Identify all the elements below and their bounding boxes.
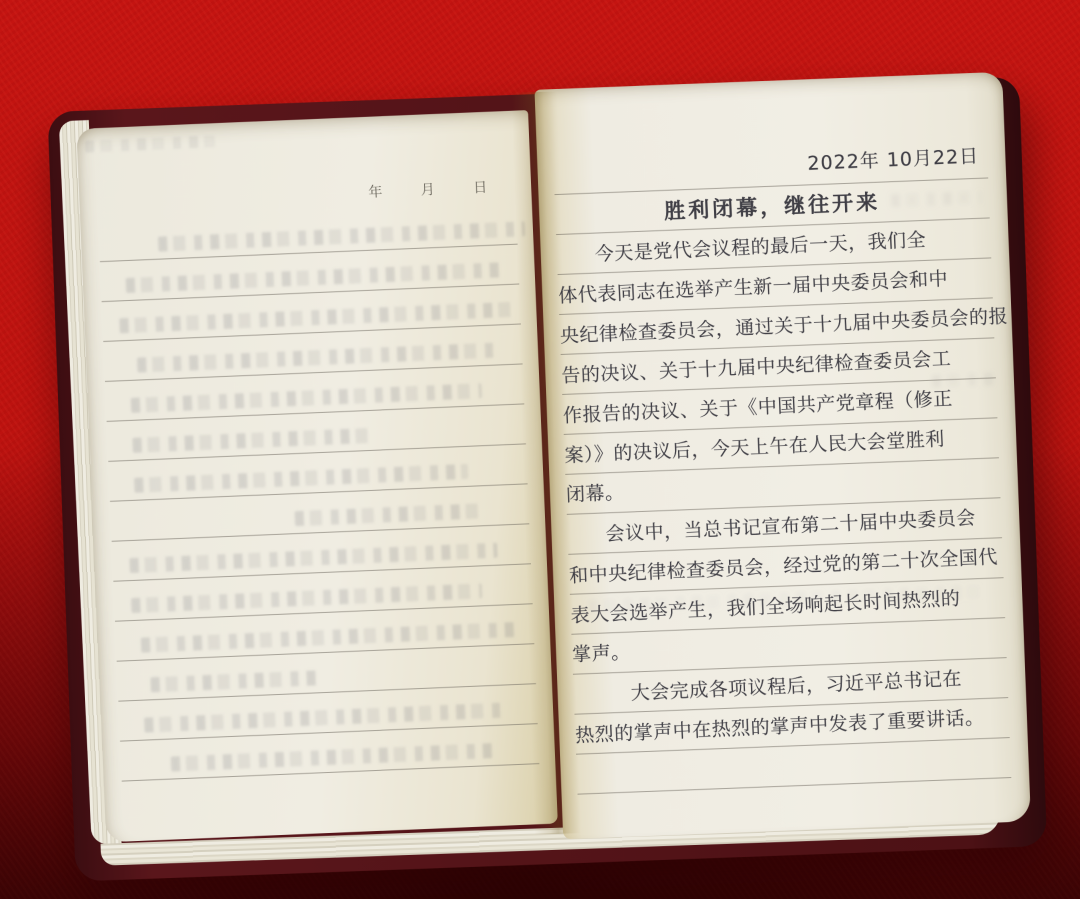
right-page: 2022年 10月22日 胜利闭幕，继往开来 今天是党代会议程的最后一天，我们全… (534, 72, 1030, 839)
entry-date: 2022年 10月22日 (807, 136, 980, 184)
faint-show-through-handwriting (151, 670, 319, 692)
handwriting-text: 掌声。 (571, 632, 631, 675)
faint-show-through-handwriting (132, 428, 375, 453)
handwriting-text: 闭幕。 (565, 472, 625, 515)
faint-scribble (85, 135, 215, 152)
printed-date-template: 年 月 日 (368, 170, 490, 211)
left-page-ruled-lines (98, 205, 539, 782)
red-fabric-background: 年 月 日 2022年 10月22日 胜利闭幕，继往开来 今天是党代会议程的最后… (0, 0, 1080, 899)
faint-show-through-handwriting (294, 503, 487, 526)
left-page: 年 月 日 (76, 110, 558, 842)
faint-show-through-handwriting (171, 743, 497, 772)
open-notebook: 年 月 日 2022年 10月22日 胜利闭幕，继往开来 今天是党代会议程的最后… (43, 65, 1049, 873)
entry-body: 今天是党代会议程的最后一天，我们全体代表同志在选举产生新一届中央委员会和中央纪律… (556, 218, 1011, 794)
show-through-smudge (932, 372, 996, 387)
